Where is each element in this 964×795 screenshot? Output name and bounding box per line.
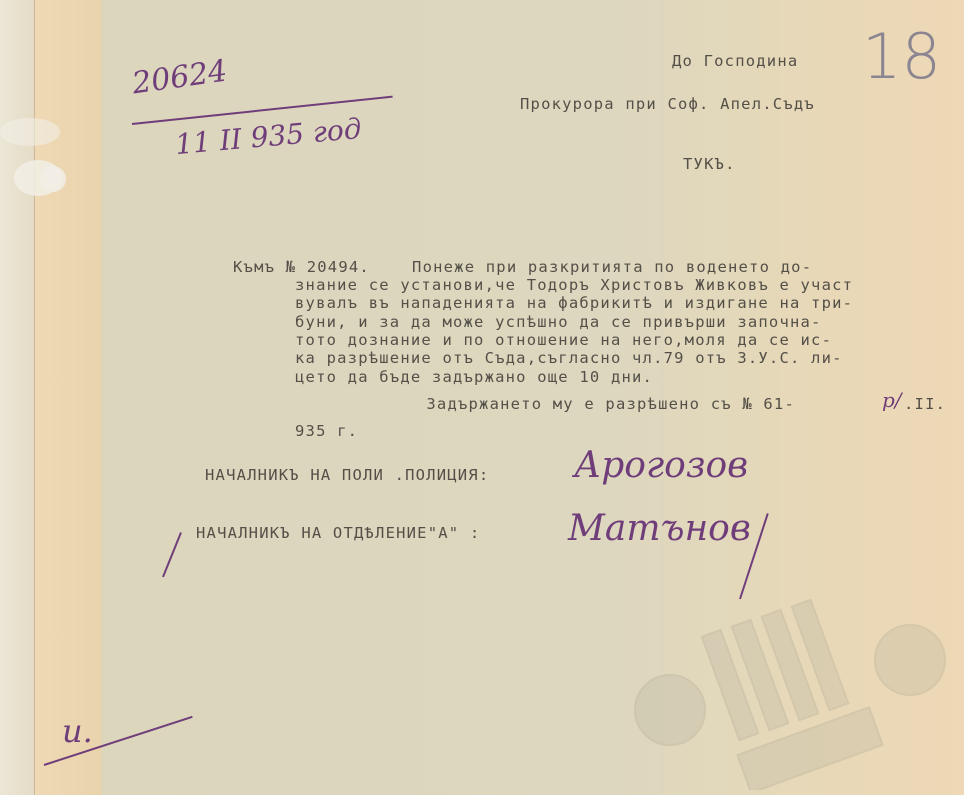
addressee-line2: Прокурора при Соф. Апел.Съдъ [520,95,815,113]
page-number-pencil: 18 [862,20,941,93]
body-line-5: тото дознание и по отношение на него,мол… [295,331,832,349]
paper-damage-spot [0,118,60,146]
paper-damage-spot [40,166,66,192]
embossed-seal-icon [630,590,950,790]
body-line-7: цето да бъде задържано още 10 дни. [295,368,653,386]
addressee-line3: ТУКЪ. [683,155,736,173]
body-line-3: вувалъ въ нападенията на фабрикитѣ и изд… [295,294,853,312]
handwritten-insert: р/ [882,388,902,412]
body-line-4: буни, и за да може успѣшно да се привърш… [295,313,822,331]
body-line-6: ка разрѣшение отъ Съда,съгласно чл.79 от… [295,349,843,367]
addressee-line1: До Господина [672,52,798,70]
body-line-8: Задържането му е разрѣшено съ № 61- [300,395,795,413]
signature-label-police-chief: НАЧАЛНИКЪ НА ПОЛИ .ПОЛИЦИЯ: [205,466,489,484]
body-line-1: Къмъ № 20494. Понеже при разкритията по … [233,258,812,276]
signature-department-chief: Матънов [568,508,751,549]
body-line-2: знание се установи,че Тодоръ Христовъ Жи… [295,276,853,294]
body-line-9: 935 г. [295,422,358,440]
body-line-8-suffix: .II. [904,395,946,413]
margin-initial: и. [62,712,93,750]
signature-police-chief: Арогозов [574,445,748,486]
signature-label-department-chief: НАЧАЛНИКЪ НА ОТДѢЛЕНИЕ"А" : [196,524,480,542]
